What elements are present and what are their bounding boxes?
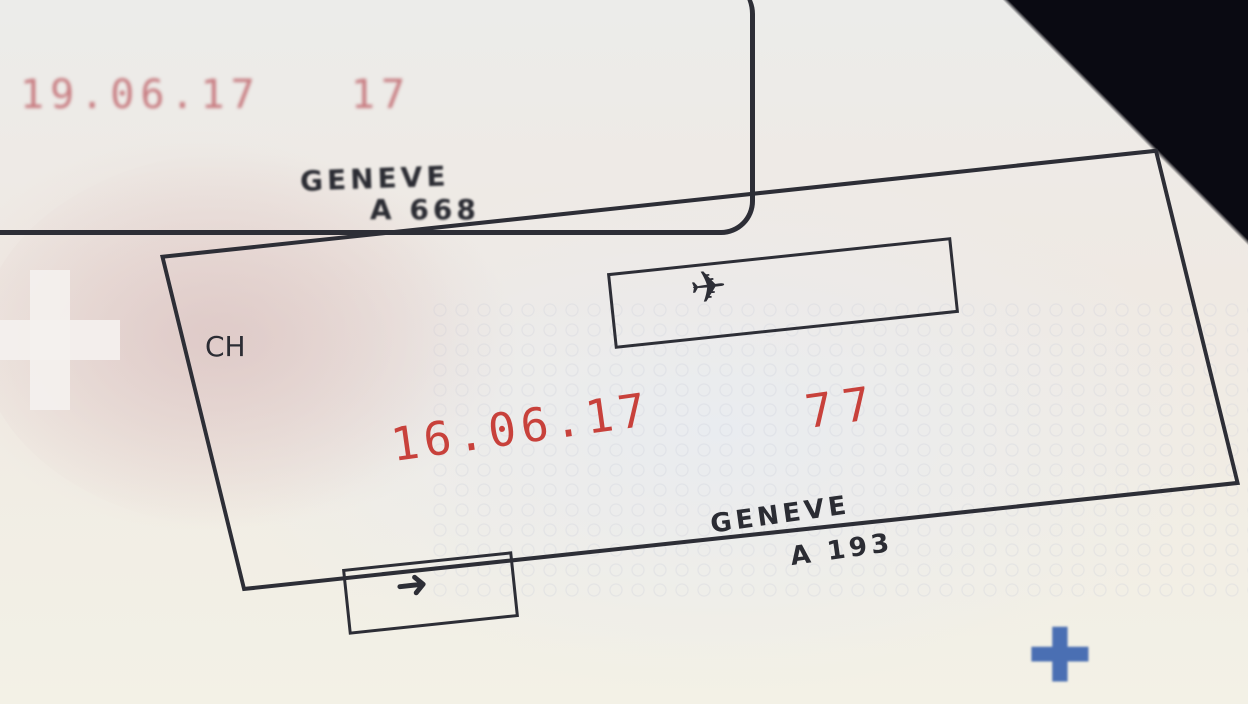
arrow-icon: ➜ bbox=[393, 560, 431, 609]
exit-stamp-date: 19.06.17 17 bbox=[20, 72, 411, 118]
entry-stamp-time: 77 bbox=[802, 375, 884, 439]
exit-stamp-location: GENEVE bbox=[299, 159, 450, 197]
emblem-cross-horizontal bbox=[0, 320, 120, 360]
plane-icon: ✈ bbox=[687, 260, 729, 315]
exit-stamp-code: A 668 bbox=[370, 193, 480, 226]
cross-icon: ✚ bbox=[980, 585, 1140, 704]
emblem-ch-text: CH bbox=[205, 330, 246, 363]
